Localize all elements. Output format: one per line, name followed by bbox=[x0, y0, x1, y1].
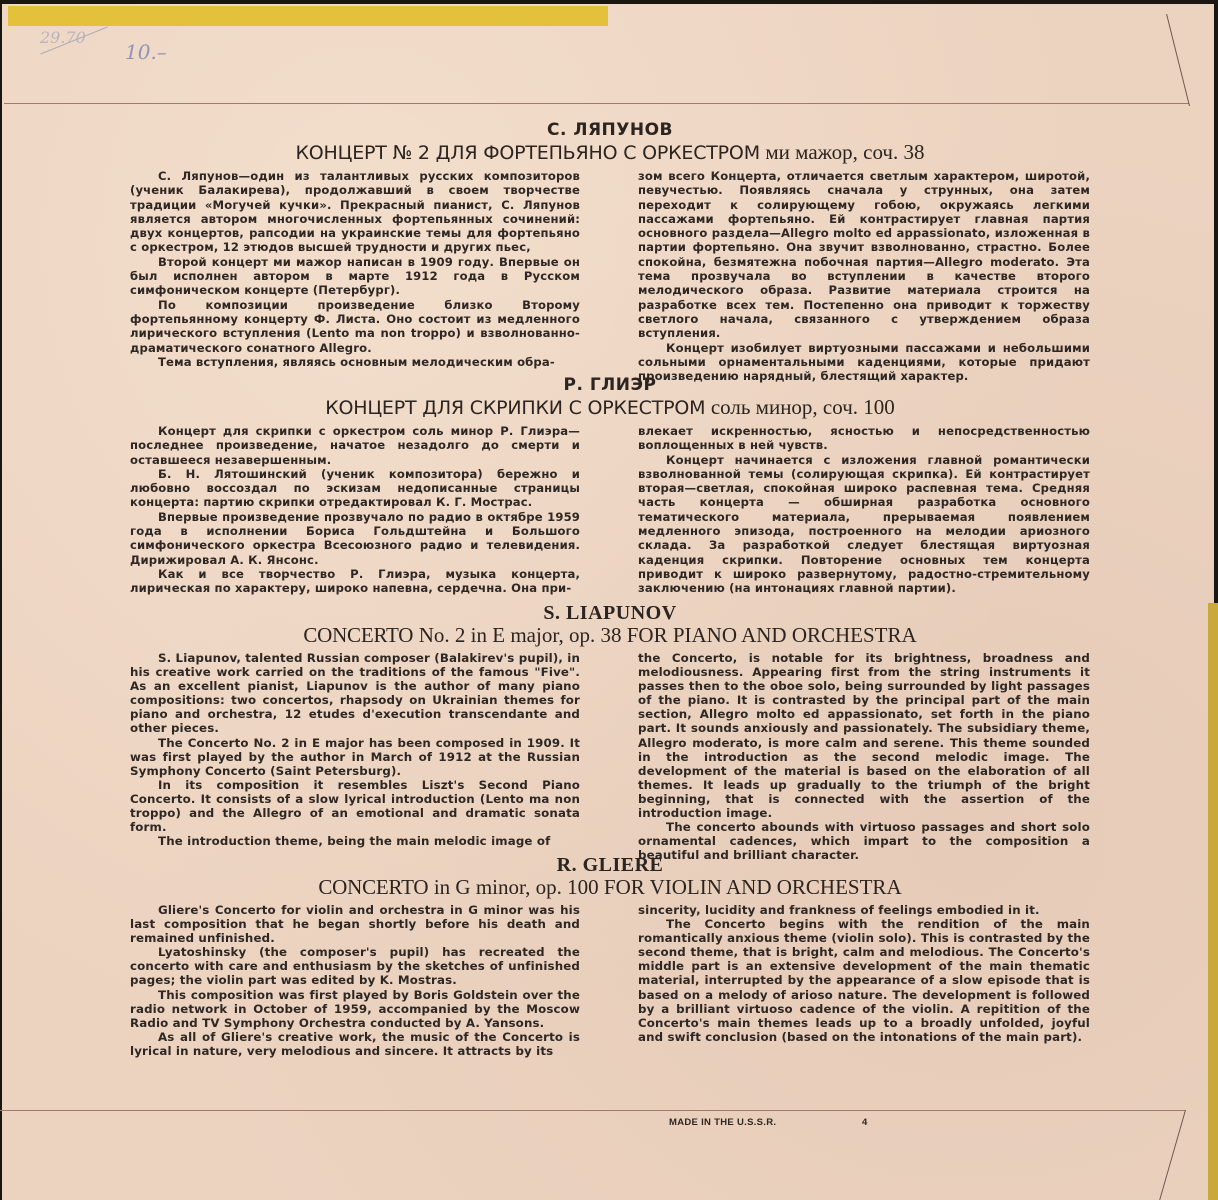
paragraph: С. Ляпунов—один из талантливых русских к… bbox=[130, 169, 580, 255]
composer-name: Р. ГЛИЭР bbox=[130, 375, 1090, 395]
paragraph: The introduction theme, being the main m… bbox=[130, 834, 580, 848]
work-title: КОНЦЕРТ № 2 ДЛЯ ФОРТЕПЬЯНО С ОРКЕСТРОМ м… bbox=[130, 140, 1090, 165]
handwritten-old-price: 29.70 bbox=[40, 28, 86, 47]
work-title: CONCERTO in G minor, op. 100 FOR VIOLIN … bbox=[130, 875, 1090, 899]
paragraph: As all of Gliere's creative work, the mu… bbox=[130, 1030, 580, 1058]
paragraph: зом всего Концерта, отличается светлым х… bbox=[638, 169, 1090, 341]
work-title-key: ми мажор, соч. 38 bbox=[765, 140, 924, 164]
text-columns: S. Liapunov, talented Russian composer (… bbox=[130, 651, 1090, 862]
paragraph: In its composition it resembles Liszt's … bbox=[130, 778, 580, 834]
work-title: CONCERTO No. 2 in E major, op. 38 FOR PI… bbox=[130, 623, 1090, 647]
paragraph: the Concerto, is notable for its brightn… bbox=[638, 651, 1090, 820]
left-column: С. Ляпунов—один из талантливых русских к… bbox=[130, 169, 580, 383]
work-title-main: CONCERTO bbox=[318, 875, 428, 899]
right-column: the Concerto, is notable for its brightn… bbox=[638, 651, 1090, 862]
page-number: 4 bbox=[862, 1117, 867, 1128]
yellow-label-strip-right bbox=[1208, 603, 1218, 1200]
paragraph: S. Liapunov, talented Russian composer (… bbox=[130, 651, 580, 736]
work-title-key: соль минор, соч. 100 bbox=[711, 395, 895, 419]
left-column: S. Liapunov, talented Russian composer (… bbox=[130, 651, 580, 862]
work-title-main: КОНЦЕРТ ДЛЯ СКРИПКИ С ОРКЕСТРОМ bbox=[325, 397, 705, 419]
work-title-key: in G minor, op. 100 FOR VIOLIN AND ORCHE… bbox=[434, 875, 902, 899]
composer-name: S. LIAPUNOV bbox=[130, 603, 1090, 623]
section-liapunov-en: S. LIAPUNOV CONCERTO No. 2 in E major, o… bbox=[130, 603, 1090, 862]
left-column: Концерт для скрипки с оркестром соль мин… bbox=[130, 424, 580, 596]
top-flap-fold bbox=[4, 103, 1189, 104]
work-title-key: No. 2 in E major, op. 38 FOR PIANO AND O… bbox=[419, 623, 917, 647]
made-in-ussr-label: MADE IN THE U.S.S.R. bbox=[669, 1117, 776, 1128]
yellow-label-strip-top bbox=[8, 6, 608, 26]
handwritten-price: 10.– bbox=[125, 40, 167, 64]
composer-name: R. GLIERE bbox=[130, 855, 1090, 875]
paragraph: The Concerto begins with the rendition o… bbox=[638, 917, 1090, 1044]
text-columns: С. Ляпунов—один из талантливых русских к… bbox=[130, 169, 1090, 383]
work-title-main: КОНЦЕРТ № 2 ДЛЯ ФОРТЕПЬЯНО С ОРКЕСТРОМ bbox=[296, 142, 760, 164]
paragraph: По композиции произведение близко Втором… bbox=[130, 298, 580, 355]
paragraph: Как и все творчество Р. Глиэра, музыка к… bbox=[130, 567, 580, 596]
right-column: зом всего Концерта, отличается светлым х… bbox=[638, 169, 1090, 383]
composer-name: С. ЛЯПУНОВ bbox=[130, 120, 1090, 140]
paragraph: влекает искренностью, ясностью и непосре… bbox=[638, 424, 1090, 453]
paragraph: sincerity, lucidity and frankness of fee… bbox=[638, 903, 1090, 917]
paragraph: Концерт начинается с изложения главной р… bbox=[638, 453, 1090, 596]
paragraph: Концерт для скрипки с оркестром соль мин… bbox=[130, 424, 580, 467]
right-column: влекает искренностью, ясностью и непосре… bbox=[638, 424, 1090, 596]
text-columns: Концерт для скрипки с оркестром соль мин… bbox=[130, 424, 1090, 596]
bottom-flap-fold bbox=[0, 1110, 1185, 1111]
paragraph: The Concerto No. 2 in E major has been c… bbox=[130, 736, 580, 778]
paragraph: Второй концерт ми мажор написан в 1909 г… bbox=[130, 255, 580, 298]
paragraph: Впервые произведение прозвучало по радио… bbox=[130, 510, 580, 567]
paragraph: Gliere's Concerto for violin and orchest… bbox=[130, 903, 580, 945]
text-columns: Gliere's Concerto for violin and orchest… bbox=[130, 903, 1090, 1058]
paragraph: Тема вступления, являясь основным мелоди… bbox=[130, 355, 580, 369]
paragraph: Б. Н. Лятошинский (ученик композитора) б… bbox=[130, 467, 580, 510]
section-glier-ru: Р. ГЛИЭР КОНЦЕРТ ДЛЯ СКРИПКИ С ОРКЕСТРОМ… bbox=[130, 375, 1090, 596]
left-column: Gliere's Concerto for violin and orchest… bbox=[130, 903, 580, 1058]
right-column: sincerity, lucidity and frankness of fee… bbox=[638, 903, 1090, 1058]
paragraph: Lyatoshinsky (the composer's pupil) has … bbox=[130, 945, 580, 987]
work-title-main: CONCERTO bbox=[303, 623, 413, 647]
section-lyapunov-ru: С. ЛЯПУНОВ КОНЦЕРТ № 2 ДЛЯ ФОРТЕПЬЯНО С … bbox=[130, 120, 1090, 383]
section-gliere-en: R. GLIERE CONCERTO in G minor, op. 100 F… bbox=[130, 855, 1090, 1058]
work-title: КОНЦЕРТ ДЛЯ СКРИПКИ С ОРКЕСТРОМ соль мин… bbox=[130, 395, 1090, 420]
paragraph: This composition was first played by Bor… bbox=[130, 988, 580, 1030]
